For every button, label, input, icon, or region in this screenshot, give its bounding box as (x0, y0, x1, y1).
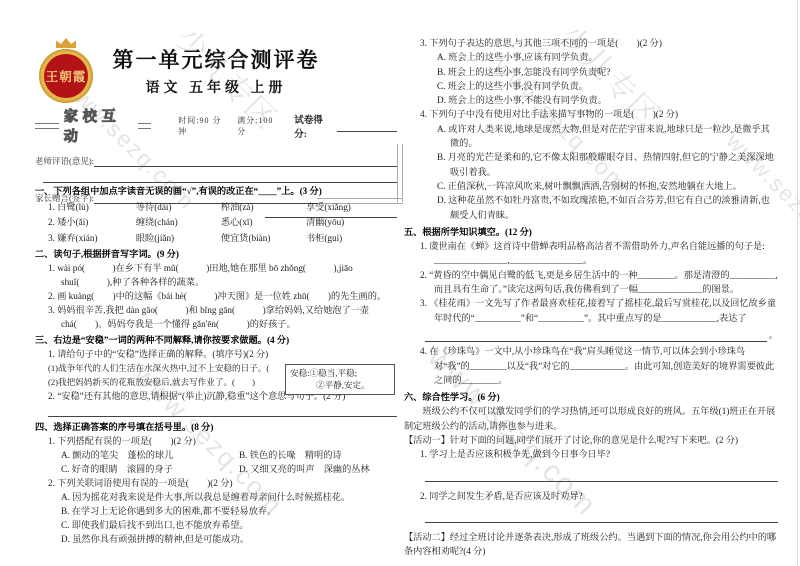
left-column: 一、下列各组中加点字读音无误的画“√”,有误的改正在“____”上。(3 分) … (35, 184, 397, 546)
section-4-heading: 四、选择正确答案的序号填在括号里。(8 分) (35, 420, 397, 434)
option: B. 铁色的长喙 精明的诗 (239, 448, 342, 462)
question-text: 1. wài pó( )在乡下有半 mǔ( )田地,她在那里 bō zhǒng(… (35, 261, 397, 289)
question-text: 2. 画 kuàng( )中的这幅《bái hè( )冲天图》是一位姓 zhū(… (35, 289, 397, 303)
right-column: 3. 下列句子表达的意思,与其他三项不同的一项是( )(2 分) A. 班会上的… (404, 36, 778, 559)
scan-edge (797, 0, 798, 566)
option: C. 好奇的眼睛 滚圆的身子 (61, 462, 239, 476)
word: 2. 矮小(ǎi) (48, 215, 136, 229)
question-text: 1. 请给句子中的“安稳”选择正确的解释。(填序号)(2 分) (35, 347, 397, 361)
word: 便宜货(biàn) (221, 231, 306, 245)
crown-icon (56, 38, 76, 48)
option: B. 班会上的这些小事,怎能没有同学负责呢? (404, 65, 778, 79)
teacher-comment-label: 老师评语(意见): (35, 155, 94, 167)
question-text: 4. 在《珍珠鸟》一文中,从小珍珠鸟在“我”肩头睡觉这一情节,可以体会到小珍珠鸟… (404, 344, 778, 387)
question-text: 2. 下列关联词语使用有误的一项是( )(2 分) (35, 476, 397, 490)
home-school-box: 家校互动 时间:90 分钟 满分:100 分 试卷得分: 老师评语(意见): 家… (35, 106, 397, 184)
seal-ring: 王朝霞 (39, 49, 93, 103)
option: A. 或许对人类来说,地球是庞然大物,但是对茫茫宇宙来说,地球只是一粒沙,是微乎… (404, 122, 778, 151)
answer-line (425, 466, 778, 482)
section-2-heading: 二、读句子,根据拼音写字词。(9 分) (35, 247, 397, 261)
question-text: 1. 学习上是否应该积极争先,做到今日事今日毕? (404, 447, 778, 461)
option-row: C. 好奇的眼睛 滚圆的身子 D. 又细又亮的叫声 深幽的丛林 (35, 462, 397, 476)
score-blank (337, 121, 397, 132)
fill-blank-row: 。 (404, 328, 778, 342)
word: 书柜(guì) (306, 231, 391, 245)
option: A. 班会上的这些小事,应该有同学负责。 (404, 50, 778, 64)
answer-line (425, 507, 778, 523)
word: 悉心(xī) (221, 215, 306, 229)
box-title: 家校互动 (64, 106, 134, 146)
word: 眼睑(jiǎn) (136, 231, 221, 245)
option: B. 月亮的光芒是柔和的,它不像太阳那般耀眼夺目、热情四射,但它的宁静之美深深地… (404, 150, 778, 179)
time-label: 时间:90 分钟 (178, 115, 226, 137)
decorative-corner (397, 144, 403, 202)
question-text: 3. 《桂花雨》一文先写了作者最喜欢桂花,接着写了摇桂花,最后写赏桂花,以及回忆… (404, 296, 778, 325)
question-text: 3. 妈妈很辛苦,我把 dàn gāo( )和 bǐng gān( )拿给妈妈,… (35, 303, 397, 331)
answer-line (48, 403, 397, 417)
sentence-end: 。 (769, 328, 778, 342)
definition-box: 安稳:①稳当,平稳; ②平静,安定。 (285, 364, 395, 395)
pinyin-row: 2. 矮小(ǎi) 缠绕(chán) 悉心(xī) 清幽(yōu) (35, 215, 397, 229)
word: 榨油(zà) (221, 200, 306, 214)
question-text: 1. 虞世南在《蝉》这首诗中借蝉表明品格高洁者不需借助外力,声名自能远播的句子是… (404, 239, 778, 253)
definition-line: 安稳:①稳当,平稳; (290, 367, 390, 380)
word: 清幽(yōu) (306, 215, 391, 229)
option-row: A. 颤动的笔尖 蓬松的球儿 B. 铁色的长喙 精明的诗 (35, 448, 397, 462)
full-score-label: 满分:100 分 (237, 115, 281, 137)
option: A. 颤动的笔尖 蓬松的球儿 (61, 448, 239, 462)
section-6-heading: 六、综合性学习。(6 分) (404, 390, 778, 404)
intro-text: 班级公约不仅可以激发同学们的学习热情,还可以形成良好的班风。五年级(1)班正在开… (404, 404, 778, 433)
word: 等待(dài) (136, 200, 221, 214)
brand-seal: 王朝霞 (36, 38, 96, 102)
option: C. 即使我们最后找不到出口,也不能放弃希望。 (35, 518, 397, 532)
option: D. 这种花虽然不如牡丹富贵,不如玫瑰浓艳,不如百合芬芳,但它有自己的淡雅清新,… (404, 193, 778, 222)
fill-blanks: ________________,________________。 (404, 253, 778, 267)
option: B. 在学习上无论你遇到多大的困难,都不要轻易放弃。 (35, 504, 397, 518)
exam-paper: 少儿专区 www.sezq.com 少儿专区 www.sezq.com www.… (0, 0, 800, 566)
answer-line (425, 329, 767, 342)
word: 1. 白鹭(lù) (48, 200, 136, 214)
pinyin-row: 3. 嫌弃(xián) 眼睑(jiǎn) 便宜货(biàn) 书柜(guì) (35, 231, 397, 245)
write-line (43, 167, 397, 183)
brand-name: 王朝霞 (44, 54, 88, 98)
question-text: 1. 下列搭配有误的一项是( )(2 分) (35, 434, 397, 448)
decorative-dash (35, 123, 59, 129)
definition-line: ②平静,安定。 (290, 379, 390, 392)
word: 3. 嫌弃(xián) (48, 231, 136, 245)
write-line (94, 156, 397, 167)
option: D. 虽然你具有顽强拼搏的精神,但是可能成功。 (35, 532, 397, 546)
activity-2-text: 【活动二】经过全班讨论并逐条表决,形成了班级公约。当遇到下面的情况,你会用公约中… (404, 530, 778, 559)
option: D. 又细又亮的叫声 深幽的丛林 (239, 462, 370, 476)
score-label: 试卷得分: (294, 112, 332, 140)
pinyin-row: 1. 白鹭(lù) 等待(dài) 榨油(zà) 享受(xiǎng) (35, 200, 397, 214)
option: A. 因为摇花对我来说是件大事,所以我总是缠着母亲问什么时候摇桂花。 (35, 490, 397, 504)
section-1-heading: 一、下列各组中加点字读音无误的画“√”,有误的改正在“____”上。(3 分) (35, 184, 397, 198)
option: C. 班会上的这些小事,没有同学负责。 (404, 79, 778, 93)
option: C. 正值深秋,一阵凉风吹来,树叶飘飘洒洒,告别树的怀抱,安然地躺在大地上。 (404, 179, 778, 193)
question-text: 4. 下列句子中没有使用对比手法来描写事物的一项是( )(2 分) (404, 107, 778, 121)
question-text: 2. “黄昏的空中偶见白鹭的低飞,更是乡居生活中的一种________。那是清澄… (404, 268, 778, 297)
decorative-dash (138, 123, 151, 129)
section-5-heading: 五、根据所学知识填空。(12 分) (404, 225, 778, 239)
activity-1-text: 【活动一】针对下面的问题,同学们展开了讨论,你的意见是什么呢?写下来吧。(2 分… (404, 433, 778, 447)
question-text: 3. 下列句子表达的意思,与其他三项不同的一项是( )(2 分) (404, 36, 778, 50)
question-text: 2. 同学之间发生矛盾,是否应该及时劝导? (404, 489, 778, 503)
section-3-heading: 三、右边是“安稳”一词的两种不同解释,请你按要求做题。(4 分) (35, 333, 397, 347)
option: D. 班会上的这些小事,不能没有同学负责。 (404, 93, 778, 107)
word: 享受(xiǎng) (306, 200, 391, 214)
word: 缠绕(chán) (136, 215, 221, 229)
